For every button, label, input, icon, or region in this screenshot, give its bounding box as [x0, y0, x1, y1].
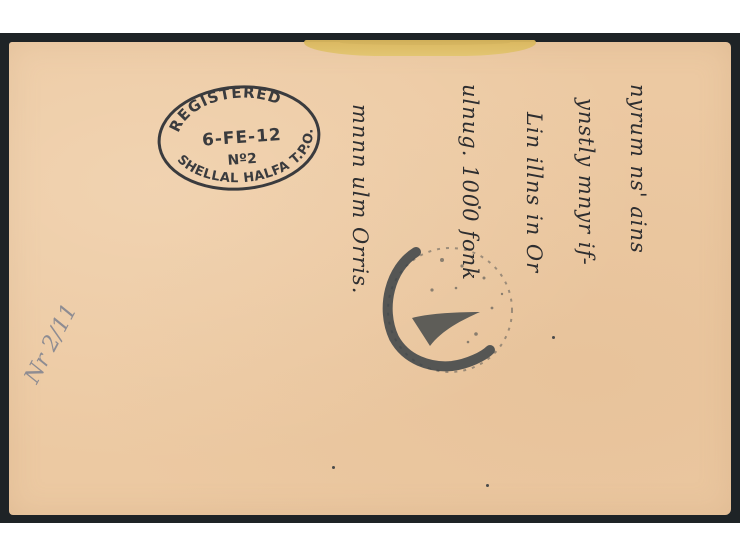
circular-cancel: [372, 238, 522, 388]
handwriting-line-4: ulnug. 1000 fonk: [458, 84, 482, 281]
hinge-tape: [304, 40, 536, 56]
handwriting-line-5: mnnn ulm Orris.: [348, 104, 372, 294]
ink-speck: [552, 336, 555, 339]
handwriting-line-2: ynstly mnyr if-: [574, 98, 598, 266]
registered-postmark: REGISTERED SHELLAL HALFA T.P.O. 6-FE-12 …: [152, 78, 325, 197]
ink-speck: [478, 206, 481, 209]
handwriting-line-3: Lin illns in Or: [522, 112, 546, 273]
postmark-number: Nº2: [227, 151, 257, 169]
ink-speck: [332, 466, 335, 469]
ink-speck: [486, 484, 489, 487]
handwriting-line-1: nyrum ns' ains: [626, 84, 650, 254]
